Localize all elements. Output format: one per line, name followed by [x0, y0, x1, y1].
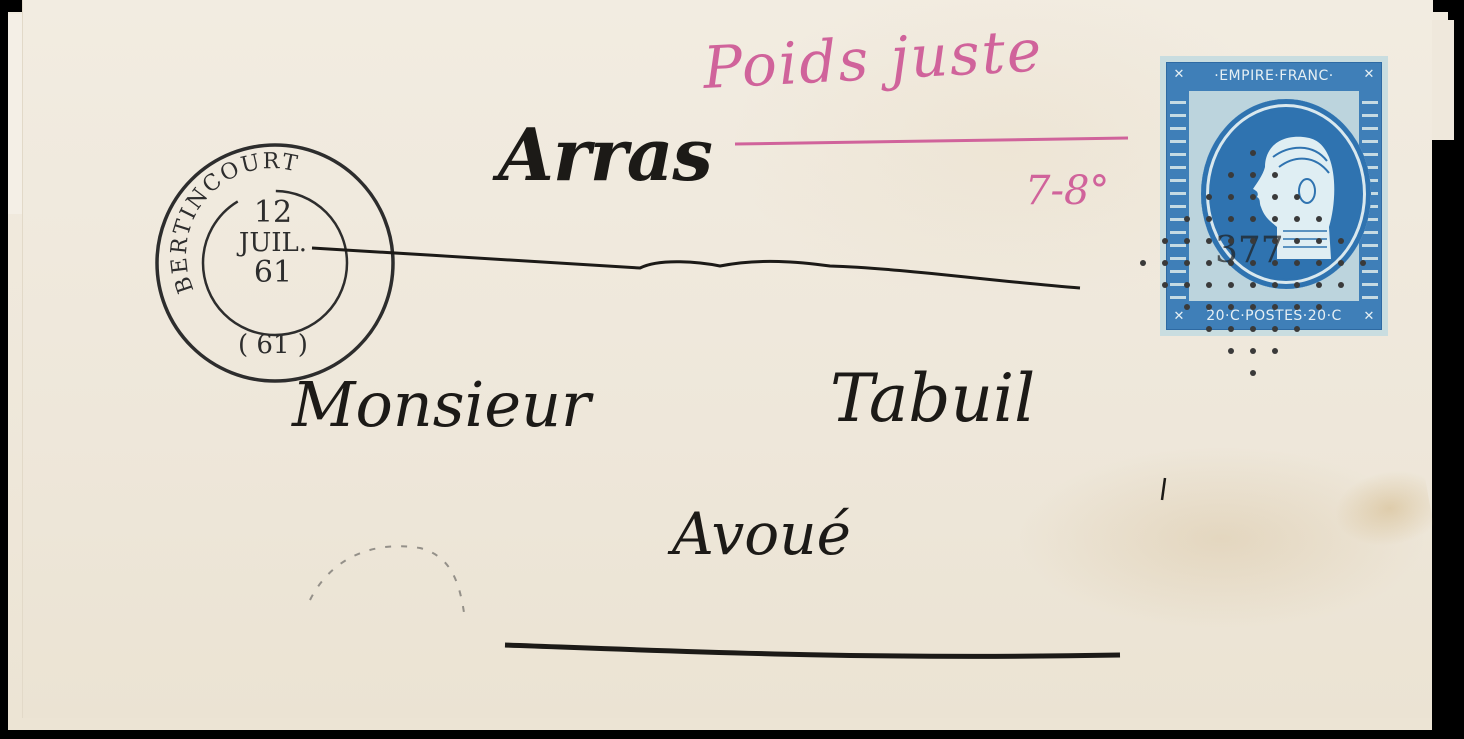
- cancel-dot: [1316, 304, 1322, 310]
- cancel-dot: [1184, 260, 1190, 266]
- cancel-dot: [1250, 216, 1256, 222]
- cancel-dot: [1206, 260, 1212, 266]
- addressee-name: Tabuil: [830, 360, 1035, 437]
- cancel-dot: [1250, 370, 1256, 376]
- postmark-month: JUIL.: [208, 230, 338, 256]
- cancel-dot: [1272, 282, 1278, 288]
- cancel-dot: [1206, 304, 1212, 310]
- cancel-dot: [1316, 260, 1322, 266]
- cancel-dot: [1294, 282, 1300, 288]
- cancel-dot: [1250, 348, 1256, 354]
- cancel-dot: [1250, 172, 1256, 178]
- cancel-dot: [1228, 260, 1234, 266]
- cancel-dot: [1294, 216, 1300, 222]
- cancel-dot: [1206, 216, 1212, 222]
- cancel-dot: [1162, 282, 1168, 288]
- cancel-dot: [1250, 150, 1256, 156]
- cancel-dot: [1162, 260, 1168, 266]
- stamp-top-legend: ·EMPIRE·FRANC·: [1191, 65, 1357, 87]
- cancel-dot: [1338, 238, 1344, 244]
- cancel-dot: [1294, 260, 1300, 266]
- cancel-dot: [1294, 194, 1300, 200]
- stamp-corner-ornament-icon: ✕: [1169, 65, 1189, 85]
- cancel-dot: [1294, 304, 1300, 310]
- cancel-dot: [1228, 194, 1234, 200]
- cancel-dot: [1294, 326, 1300, 332]
- cancel-dot: [1228, 216, 1234, 222]
- right-fold-flap: [1432, 20, 1454, 140]
- cancel-dot: [1228, 172, 1234, 178]
- cancel-dot: [1162, 238, 1168, 244]
- cancel-dot: [1228, 238, 1234, 244]
- stamp-corner-ornament-icon: ✕: [1359, 307, 1379, 327]
- cancel-dot: [1316, 238, 1322, 244]
- cancel-dot: [1206, 194, 1212, 200]
- cancel-dot: [1140, 260, 1146, 266]
- stamp-greek-key-border: [1170, 91, 1186, 301]
- background-edge: [1432, 140, 1464, 739]
- cancel-dot: [1184, 304, 1190, 310]
- cancel-dot: [1250, 260, 1256, 266]
- cancel-dot: [1360, 260, 1366, 266]
- cancel-dot: [1250, 194, 1256, 200]
- destination-town: Arras: [498, 112, 712, 197]
- cancel-dot: [1206, 282, 1212, 288]
- cancel-dot: [1250, 304, 1256, 310]
- postmark-department: ( 61 ): [238, 330, 308, 360]
- postmark-year: 61: [208, 258, 338, 288]
- cancel-dot: [1316, 282, 1322, 288]
- cancel-dot: [1272, 172, 1278, 178]
- cancel-dot: [1272, 260, 1278, 266]
- cancel-dot: [1250, 282, 1256, 288]
- stamp-corner-ornament-icon: ✕: [1359, 65, 1379, 85]
- cancel-dot: [1338, 260, 1344, 266]
- addressee-prefix: Monsieur: [292, 368, 591, 441]
- cancel-dot: [1184, 238, 1190, 244]
- cancel-dot: [1228, 282, 1234, 288]
- cancel-dot: [1250, 238, 1256, 244]
- stamp-corner-ornament-icon: ✕: [1169, 307, 1189, 327]
- cancel-dot: [1272, 216, 1278, 222]
- addressee-title: Avoué: [672, 500, 851, 568]
- cancel-dot: [1272, 304, 1278, 310]
- cancel-dot: [1272, 348, 1278, 354]
- cancel-dot: [1338, 282, 1344, 288]
- cancel-dot: [1184, 282, 1190, 288]
- cancel-dot: [1316, 216, 1322, 222]
- paper-stain: [1324, 462, 1436, 558]
- cancel-dot: [1184, 216, 1190, 222]
- postmark-day: 12: [208, 198, 338, 228]
- cancel-dot: [1206, 326, 1212, 332]
- cancel-dot: [1272, 194, 1278, 200]
- cancel-dot: [1272, 326, 1278, 332]
- cancel-dot: [1206, 238, 1212, 244]
- cancel-dot: [1228, 348, 1234, 354]
- postmark-date: 12 JUIL. 61: [208, 198, 338, 288]
- cancel-dot: [1250, 326, 1256, 332]
- fee-annotation: 7-8°: [1025, 168, 1109, 214]
- cancel-dot: [1272, 238, 1278, 244]
- cancel-dot: [1228, 304, 1234, 310]
- cancel-dot: [1228, 326, 1234, 332]
- cancel-dot: [1294, 238, 1300, 244]
